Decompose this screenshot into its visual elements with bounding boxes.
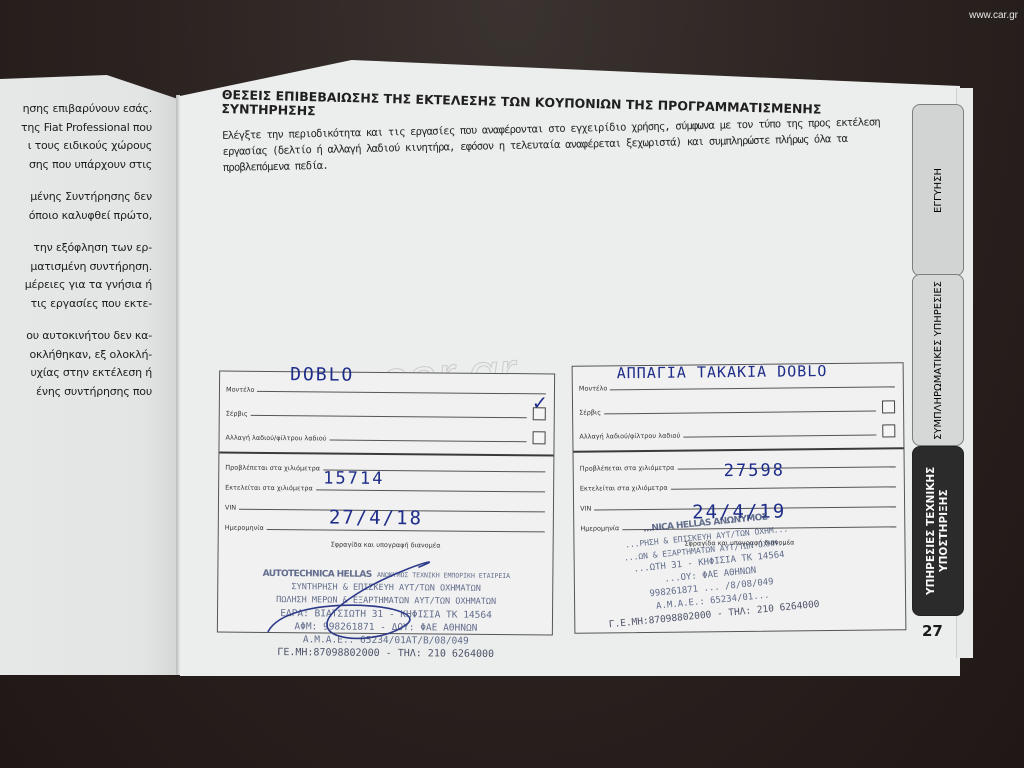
- left-paragraph: ου αυτοκινήτου δεν κα-οκλήθηκαν, εξ ολοκ…: [0, 327, 152, 401]
- service-coupon-1: Μοντέλο Σέρβις Αλλαγή λαδιού/φίλτρου λαδ…: [217, 371, 555, 636]
- actual-km-row: Εκτελείται στα χιλιόμετρα: [225, 478, 545, 495]
- signature-icon: [258, 552, 479, 654]
- model-handwritten: ΑΠΠΑΓΙΑ ΤΑΚΑΚΙΑ DOBLO: [617, 362, 828, 382]
- stamp-caption: Σφραγίδα και υπογραφή διανομέα: [219, 540, 553, 551]
- oil-change-checkbox[interactable]: [882, 424, 895, 437]
- actual-km-handwritten: 27598: [724, 461, 785, 482]
- service-checkbox[interactable]: [882, 400, 895, 413]
- dealer-stamp: ...ΝΙCΑ HELLAS ΑΝΩΝΥΜΟΣ ...ΡΗΣΗ & ΕΠΙΣΚΕ…: [590, 506, 829, 632]
- left-paragraph: ησης επιβαρύνουν εσάς.της Fiat Professio…: [0, 100, 152, 174]
- oil-change-row: Αλλαγή λαδιού/φίλτρου λαδιού: [579, 423, 895, 440]
- model-handwritten: DOBLO: [290, 364, 354, 386]
- left-paragraph: την εξόφληση των ερ-ματισμένη συντήρηση.…: [0, 239, 152, 313]
- model-row: Μοντέλο: [226, 380, 546, 397]
- book-spine: [176, 95, 180, 675]
- left-page-text: ησης επιβαρύνουν εσάς.της Fiat Professio…: [0, 100, 152, 415]
- tab-technical-support[interactable]: ΥΠΗΡΕΣΙΕΣ ΤΕΧΝΙΚΗΣ ΥΠΟΣΤΗΡΙΞΗΣ: [912, 446, 964, 616]
- planned-km-row: Προβλέπεται στα χιλιόμετρα: [225, 458, 545, 475]
- oil-change-row: Αλλαγή λαδιού/φίλτρου λαδιού: [226, 428, 546, 445]
- date-handwritten: 27/4/18: [329, 507, 423, 530]
- tab-warranty[interactable]: ΕΓΓΥΗΣΗ: [912, 104, 964, 276]
- service-coupon-2: Μοντέλο Σέρβις Αλλαγή λαδιού/φίλτρου λαδ…: [572, 362, 907, 633]
- site-watermark: www.car.gr: [969, 10, 1018, 21]
- section-divider: [573, 447, 903, 452]
- checkmark-icon: ✓: [532, 392, 548, 414]
- section-divider: [219, 452, 553, 457]
- page-number: 27: [922, 622, 943, 640]
- actual-km-handwritten: 15714: [323, 468, 384, 489]
- oil-change-checkbox[interactable]: [533, 431, 546, 444]
- left-paragraph: μένης Συντήρησης δενόποιο καλυφθεί πρώτο…: [0, 188, 152, 225]
- service-row: Σέρβις: [579, 399, 895, 416]
- service-row: Σέρβις: [226, 404, 546, 421]
- tab-additional-services[interactable]: ΣΥΜΠΛΗΡΩΜΑΤΙΚΕΣ ΥΠΗΡΕΣΙΕΣ: [912, 274, 964, 446]
